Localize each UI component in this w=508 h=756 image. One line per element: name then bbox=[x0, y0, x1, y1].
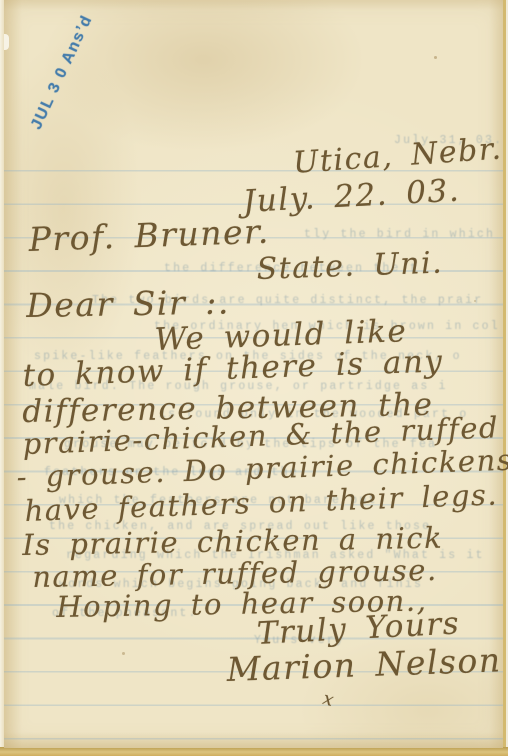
date-line: July. 22. 03. bbox=[242, 173, 461, 220]
foxing-speck bbox=[122, 652, 125, 655]
under-sheet-bottom-edge bbox=[0, 747, 508, 756]
signature-line: Marion Nelson bbox=[226, 640, 502, 689]
letter-scan: July 31, 03.tly the bird in whichthe dif… bbox=[0, 0, 508, 756]
foxing-speck bbox=[474, 300, 476, 302]
foxing-speck bbox=[434, 56, 437, 59]
handwriting-layer: Utica, Nebr.July. 22. 03.Prof. Bruner.St… bbox=[4, 0, 503, 748]
recipient-org: State. Uni. bbox=[256, 245, 444, 286]
body-line-2: to know if there is any bbox=[22, 343, 444, 394]
salutation-line: Dear Sir :. bbox=[26, 282, 230, 325]
place-line: Utica, Nebr. bbox=[292, 131, 503, 181]
recipient-line: Prof. Bruner. bbox=[28, 212, 270, 259]
letter-paper: July 31, 03.tly the bird in whichthe dif… bbox=[4, 0, 503, 748]
check-mark: x bbox=[321, 688, 338, 711]
